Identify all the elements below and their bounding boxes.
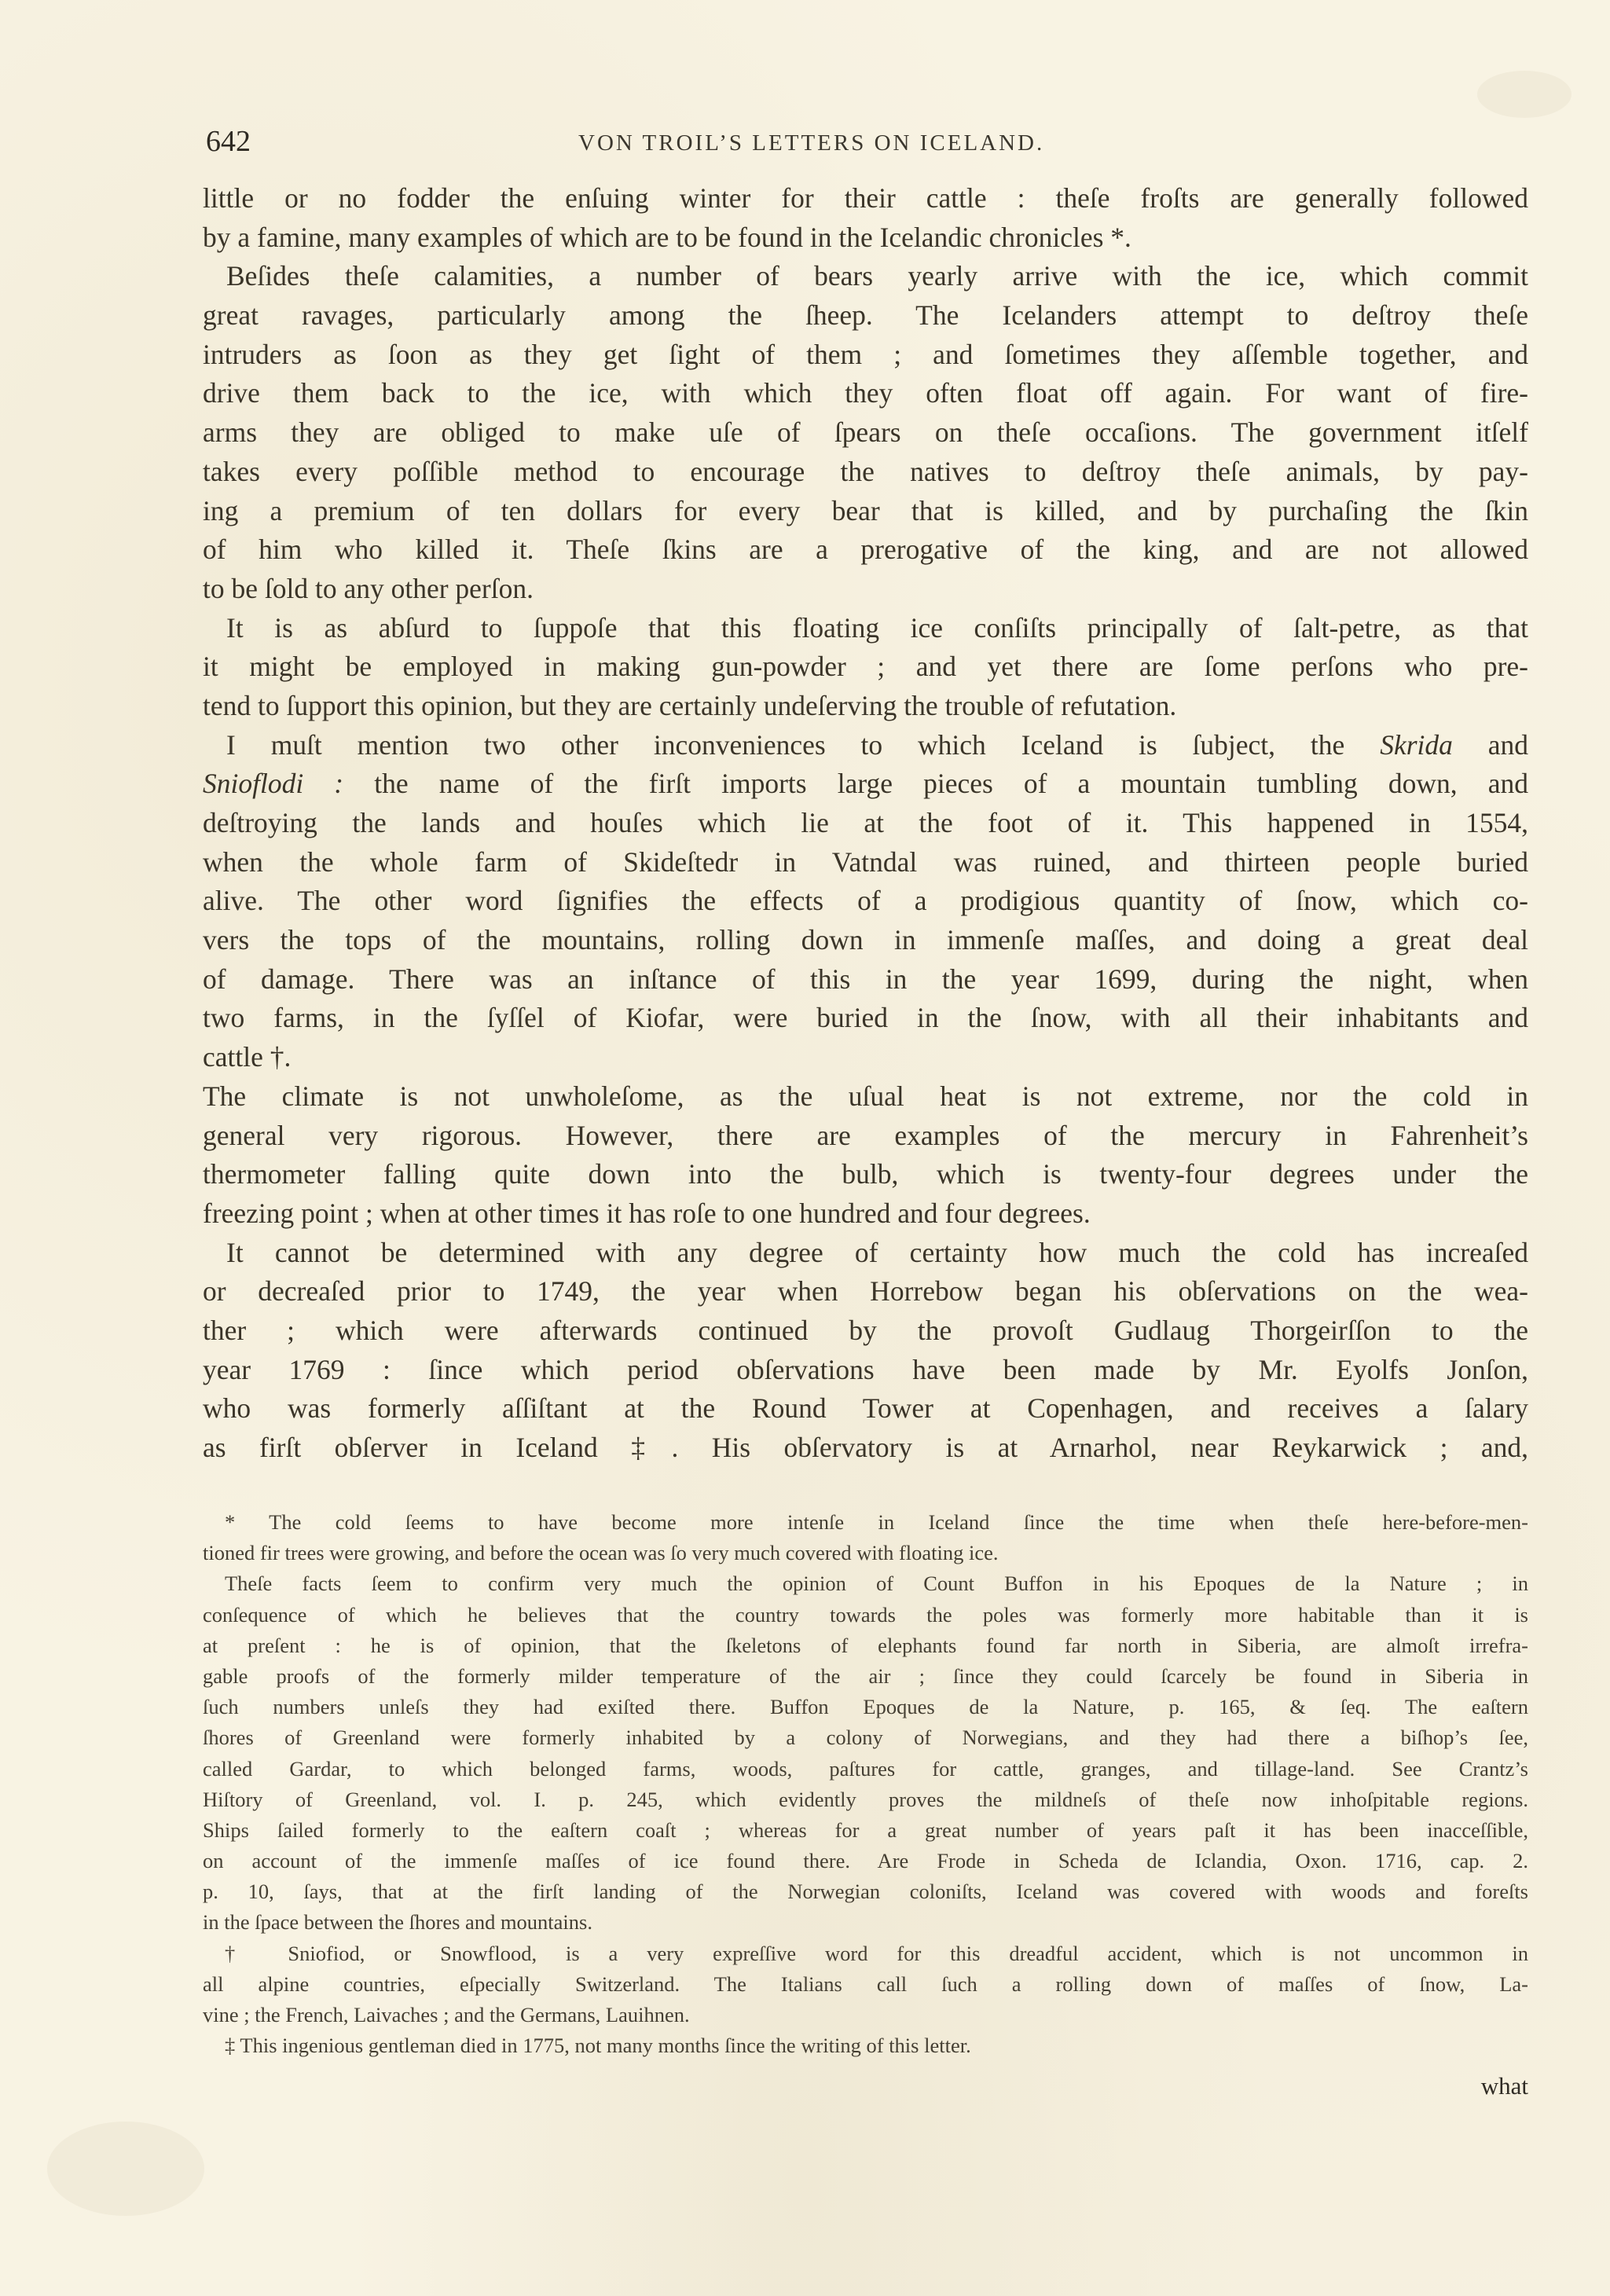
text-segment: and — [1488, 729, 1528, 761]
text-line: tend to ſupport this opinion, but they a… — [203, 687, 1528, 726]
text-line: intruders as ſoon as they get ſight of t… — [203, 336, 1528, 375]
text-line: it might be employed in making gun-powde… — [203, 647, 1528, 687]
text-line: of damage. There was an inſtance of this… — [203, 960, 1528, 999]
footnote-line: ſuch numbers unleſs they had exiſted the… — [203, 1692, 1528, 1722]
text-line: ing a premium of ten dollars for every b… — [203, 492, 1528, 531]
italic-term-snioflodi: Snioflodi : — [203, 768, 343, 799]
footnote-line: at preſent : he is of opinion, that the … — [203, 1630, 1528, 1661]
text-line: of him who killed it. Theſe ſkins are a … — [203, 530, 1528, 570]
text-line: vers the tops of the mountains, rolling … — [203, 921, 1528, 960]
text-segment: I muſt mention two other inconveniences … — [226, 729, 1344, 761]
footnote-double-dagger-start: ‡ This ingenious gentleman died in 1775,… — [203, 2030, 1528, 2061]
text-line: by a famine, many examples of which are … — [203, 218, 1528, 258]
footnote-paragraph-start: Theſe facts ſeem to confirm very much th… — [203, 1568, 1528, 1599]
footnote-line: conſequence of which he believes that th… — [203, 1600, 1528, 1630]
paragraph-start-line: It is as abſurd to ſuppoſe that this flo… — [203, 609, 1528, 648]
text-line: thermometer falling quite down into the … — [203, 1155, 1528, 1194]
italic-term-skrida: Skrida — [1380, 729, 1453, 761]
text-line: arms they are obliged to make uſe of ſpe… — [203, 413, 1528, 453]
paragraph-start-line: The climate is not unwholeſome, as the u… — [203, 1077, 1528, 1117]
footnote-line: p. 10, ſays, that at the firſt landing o… — [203, 1876, 1528, 1907]
main-text: little or no fodder the enſuing winter f… — [203, 179, 1528, 1468]
text-line: or decreaſed prior to 1749, the year whe… — [203, 1272, 1528, 1311]
paragraph-start-line: Beſides theſe calamities, a number of be… — [203, 257, 1528, 296]
text-line: drive them back to the ice, with which t… — [203, 374, 1528, 413]
text-line: who was formerly aſſiſtant at the Round … — [203, 1389, 1528, 1429]
paper-stain — [47, 2122, 204, 2216]
text-line: takes every poſſible method to encourage… — [203, 453, 1528, 492]
catchword: what — [1336, 2070, 1528, 2102]
footnote-line: on account of the immenſe maſſes of ice … — [203, 1846, 1528, 1876]
paper-stain — [1477, 71, 1571, 118]
footnote-line: gable proofs of the formerly milder temp… — [203, 1661, 1528, 1692]
text-line: ther ; which were afterwards continued b… — [203, 1311, 1528, 1351]
text-line: year 1769 : ſince which period obſervati… — [203, 1351, 1528, 1390]
footnote-line: Hiſtory of Greenland, vol. I. p. 245, wh… — [203, 1784, 1528, 1815]
text-line: alive. The other word ſignifies the effe… — [203, 882, 1528, 921]
book-page: 642 VON TROIL’s LETTERS ON ICELAND. litt… — [0, 0, 1610, 2296]
text-line: little or no fodder the enſuing winter f… — [203, 179, 1528, 218]
text-line: great ravages, particularly among the ſh… — [203, 296, 1528, 336]
footnotes: * The cold ſeems to have become more int… — [203, 1507, 1528, 2061]
text-line: Snioflodi : the name of the firſt import… — [203, 765, 1528, 804]
footnote-line: called Gardar, to which belonged farms, … — [203, 1754, 1528, 1784]
text-line: cattle †. — [203, 1038, 1528, 1077]
text-line: general very rigorous. However, there ar… — [203, 1117, 1528, 1156]
paragraph-start-line: I muſt mention two other inconveniences … — [203, 726, 1528, 765]
footnote-line: vine ; the French, Laivaches ; and the G… — [203, 2000, 1528, 2030]
running-head: 642 VON TROIL’s LETTERS ON ICELAND. — [203, 124, 1528, 159]
text-line: when the whole farm of Skideſtedr in Vat… — [203, 843, 1528, 882]
page-number: 642 — [206, 124, 251, 159]
text-line: freezing point ; when at other times it … — [203, 1194, 1528, 1234]
footnote-asterisk-start: * The cold ſeems to have become more int… — [203, 1507, 1528, 1538]
footnote-dagger-start: † Sniofiod, or Snowflood, is a very expr… — [203, 1938, 1528, 1969]
text-line: deſtroying the lands and houſes which li… — [203, 804, 1528, 843]
footnote-line: tioned fir trees were growing, and befor… — [203, 1538, 1528, 1568]
footnote-line: all alpine countries, eſpecially Switzer… — [203, 1969, 1528, 2000]
text-segment: the name of the firſt imports large piec… — [374, 768, 1528, 799]
footnote-line: Ships ſailed formerly to the eaſtern coa… — [203, 1815, 1528, 1846]
text-line: as firſt obſerver in Iceland ‡. His obſe… — [203, 1429, 1528, 1468]
text-line: to be ſold to any other perſon. — [203, 570, 1528, 609]
footnote-line: in the ſpace between the ſhores and moun… — [203, 1907, 1528, 1938]
paragraph-start-line: It cannot be determined with any degree … — [203, 1234, 1528, 1273]
footnote-line: ſhores of Greenland were formerly inhabi… — [203, 1722, 1528, 1753]
running-title: VON TROIL’s LETTERS ON ICELAND. — [578, 127, 1175, 159]
text-line: two farms, in the ſyſſel of Kiofar, were… — [203, 999, 1528, 1038]
